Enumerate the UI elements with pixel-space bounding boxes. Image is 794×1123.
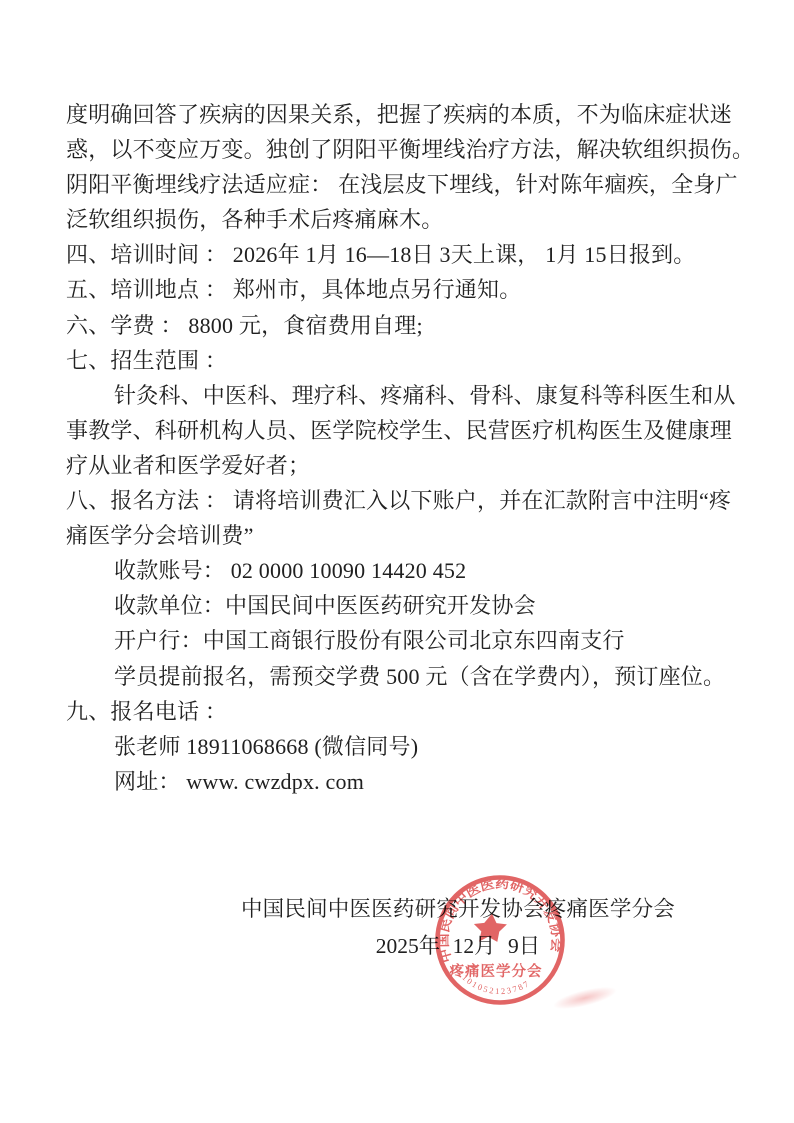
body-line: 收款账号： 02 0000 10090 14420 452 (66, 553, 742, 588)
body-line: 七、招生范围 ： (66, 343, 742, 378)
body-line: 九、报名电话 ： (66, 694, 742, 729)
body-line: 阴阳平衡埋线疗法适应症： 在浅层皮下埋线，针对陈年痼疾，全身广 (66, 167, 742, 202)
body-line: 开户行：中国工商银行股份有限公司北京东四南支行 (66, 623, 742, 658)
body-line: 张老师 18911068668 (微信同号) (66, 729, 742, 764)
body-line: 针灸科、中医科、理疗科、疼痛科、骨科、康复科等科医生和从 (66, 378, 742, 413)
body-line: 学员提前报名，需预交学费 500 元（含在学费内），预订座位。 (66, 659, 742, 694)
body-line: 事教学、科研机构人员、医学院校学生、民营医疗机构医生及健康理 (66, 413, 742, 448)
body-line: 收款单位：中国民间中医医药研究开发协会 (66, 588, 742, 623)
seal-star (474, 914, 507, 942)
body-line: 疗从业者和医学爱好者； (66, 448, 742, 483)
body-line: 度明确回答了疾病的因果关系，把握了疾病的本质，不为临床症状迷 (66, 97, 742, 132)
body-line: 四、培训时间 ： 2026年 1月 16—18日 3天上课， 1月 15日报到。 (66, 237, 742, 272)
body-line: 泛软组织损伤，各种手术后疼痛麻木。 (66, 202, 742, 237)
document-body: 度明确回答了疾病的因果关系，把握了疾病的本质，不为临床症状迷惑，以不变应万变。独… (66, 97, 742, 799)
official-seal: 中国民间中医医药研究开发协会 疼痛医学分会 1101052123787 (430, 870, 570, 1010)
body-line: 五、培训地点 ： 郑州市，具体地点另行通知。 (66, 272, 742, 307)
seal-arc-text: 中国民间中医医药研究开发协会 (436, 876, 565, 965)
document-page: 度明确回答了疾病的因果关系，把握了疾病的本质，不为临床症状迷惑，以不变应万变。独… (0, 0, 794, 1123)
body-line: 惑，以不变应万变。独创了阴阳平衡埋线治疗方法，解决软组织损伤。 (66, 132, 742, 167)
body-line: 痛医学分会培训费” (66, 518, 742, 553)
svg-text:中国民间中医医药研究开发协会: 中国民间中医医药研究开发协会 (436, 876, 565, 965)
body-line: 六、学费 ： 8800 元，食宿费用自理; (66, 308, 742, 343)
body-line: 网址： www. cwzdpx. com (66, 764, 742, 799)
body-line: 八、报名方法 ： 请将培训费汇入以下账户，并在汇款附言中注明“疼 (66, 483, 742, 518)
